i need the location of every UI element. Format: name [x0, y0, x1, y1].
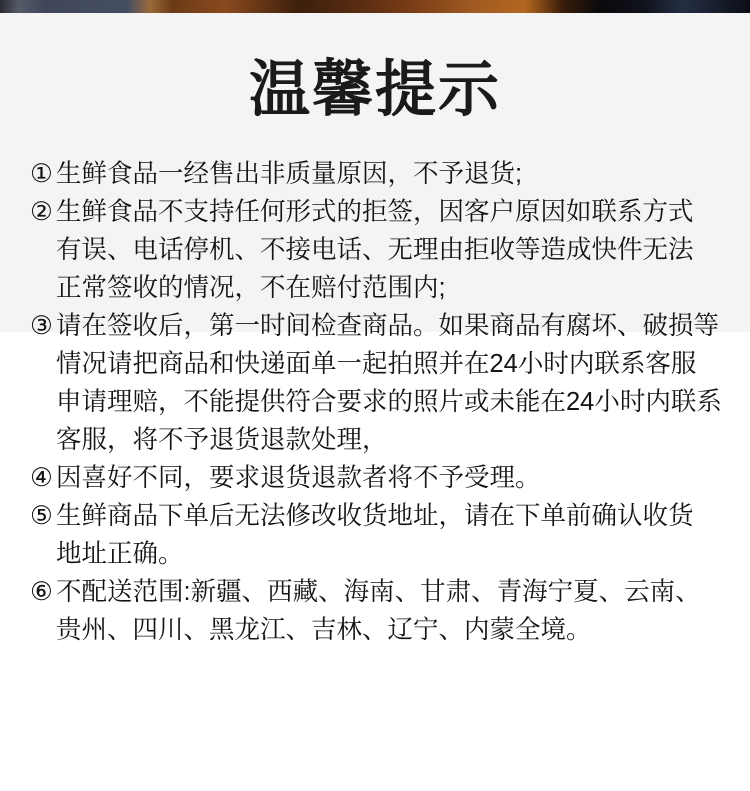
notice-text: 地址正确。: [56, 540, 184, 568]
notice-item: ⑤生鲜商品下单后无法修改收货地址，请在下单前确认收货地址正确。: [30, 497, 724, 573]
notice-text: 生鲜商品下单后无法修改收货地址，请在下单前确认收货: [56, 502, 694, 530]
notice-line: 正常签收的情况，不在赔付范围内;: [30, 269, 724, 307]
notice-text: 申请理赔，不能提供符合要求的照片或未能在24小时内联系: [56, 388, 722, 416]
notice-text: 不配送范围:新疆、西藏、海南、甘肃、青海宁夏、云南、: [56, 578, 701, 606]
notice-line: 情况请把商品和快递面单一起拍照并在24小时内联系客服: [30, 345, 724, 383]
notice-text: 生鲜食品一经售出非质量原因，不予退货;: [56, 160, 522, 188]
notice-marker: ①: [30, 155, 56, 193]
page-title: 温馨提示: [0, 13, 750, 123]
notice-list: ①生鲜食品一经售出非质量原因，不予退货;②生鲜食品不支持任何形式的拒签，因客户原…: [0, 155, 750, 649]
notice-text: 有误、电话停机、不接电话、无理由拒收等造成快件无法: [56, 236, 694, 264]
notice-marker: ④: [30, 459, 56, 497]
notice-line: 贵州、四川、黑龙江、吉林、辽宁、内蒙全境。: [30, 611, 724, 649]
notice-line: ①生鲜食品一经售出非质量原因，不予退货;: [30, 155, 724, 193]
notice-line: ⑤生鲜商品下单后无法修改收货地址，请在下单前确认收货: [30, 497, 724, 535]
notice-text: 贵州、四川、黑龙江、吉林、辽宁、内蒙全境。: [56, 616, 592, 644]
notice-text: 因喜好不同，要求退货退款者将不予受理。: [56, 464, 541, 492]
warm-tips-page: 温馨提示 ①生鲜食品一经售出非质量原因，不予退货;②生鲜食品不支持任何形式的拒签…: [0, 0, 750, 791]
notice-marker: ⑤: [30, 497, 56, 535]
notice-line: ②生鲜食品不支持任何形式的拒签，因客户原因如联系方式: [30, 193, 724, 231]
notice-item: ③请在签收后，第一时间检查商品。如果商品有腐坏、破损等情况请把商品和快递面单一起…: [30, 307, 724, 459]
notice-marker: ③: [30, 307, 56, 345]
product-photo-strip: [0, 0, 750, 13]
notice-item: ①生鲜食品一经售出非质量原因，不予退货;: [30, 155, 724, 193]
notice-line: 有误、电话停机、不接电话、无理由拒收等造成快件无法: [30, 231, 724, 269]
notice-item: ④因喜好不同，要求退货退款者将不予受理。: [30, 459, 724, 497]
notice-line: 申请理赔，不能提供符合要求的照片或未能在24小时内联系: [30, 383, 724, 421]
notice-line: ⑥不配送范围:新疆、西藏、海南、甘肃、青海宁夏、云南、: [30, 573, 724, 611]
notice-item: ⑥不配送范围:新疆、西藏、海南、甘肃、青海宁夏、云南、贵州、四川、黑龙江、吉林、…: [30, 573, 724, 649]
notice-text: 客服，将不予退货退款处理，: [56, 426, 388, 454]
notice-text: 正常签收的情况，不在赔付范围内;: [56, 274, 446, 302]
notice-marker: ②: [30, 193, 56, 231]
notice-text: 生鲜食品不支持任何形式的拒签，因客户原因如联系方式: [56, 198, 694, 226]
notice-marker: ⑥: [30, 573, 56, 611]
notice-text: 情况请把商品和快递面单一起拍照并在24小时内联系客服: [56, 350, 696, 378]
notice-line: ④因喜好不同，要求退货退款者将不予受理。: [30, 459, 724, 497]
notice-item: ②生鲜食品不支持任何形式的拒签，因客户原因如联系方式有误、电话停机、不接电话、无…: [30, 193, 724, 307]
notice-line: 地址正确。: [30, 535, 724, 573]
notice-text: 请在签收后，第一时间检查商品。如果商品有腐坏、破损等: [56, 312, 719, 340]
notice-line: ③请在签收后，第一时间检查商品。如果商品有腐坏、破损等: [30, 307, 724, 345]
notice-line: 客服，将不予退货退款处理，: [30, 421, 724, 459]
